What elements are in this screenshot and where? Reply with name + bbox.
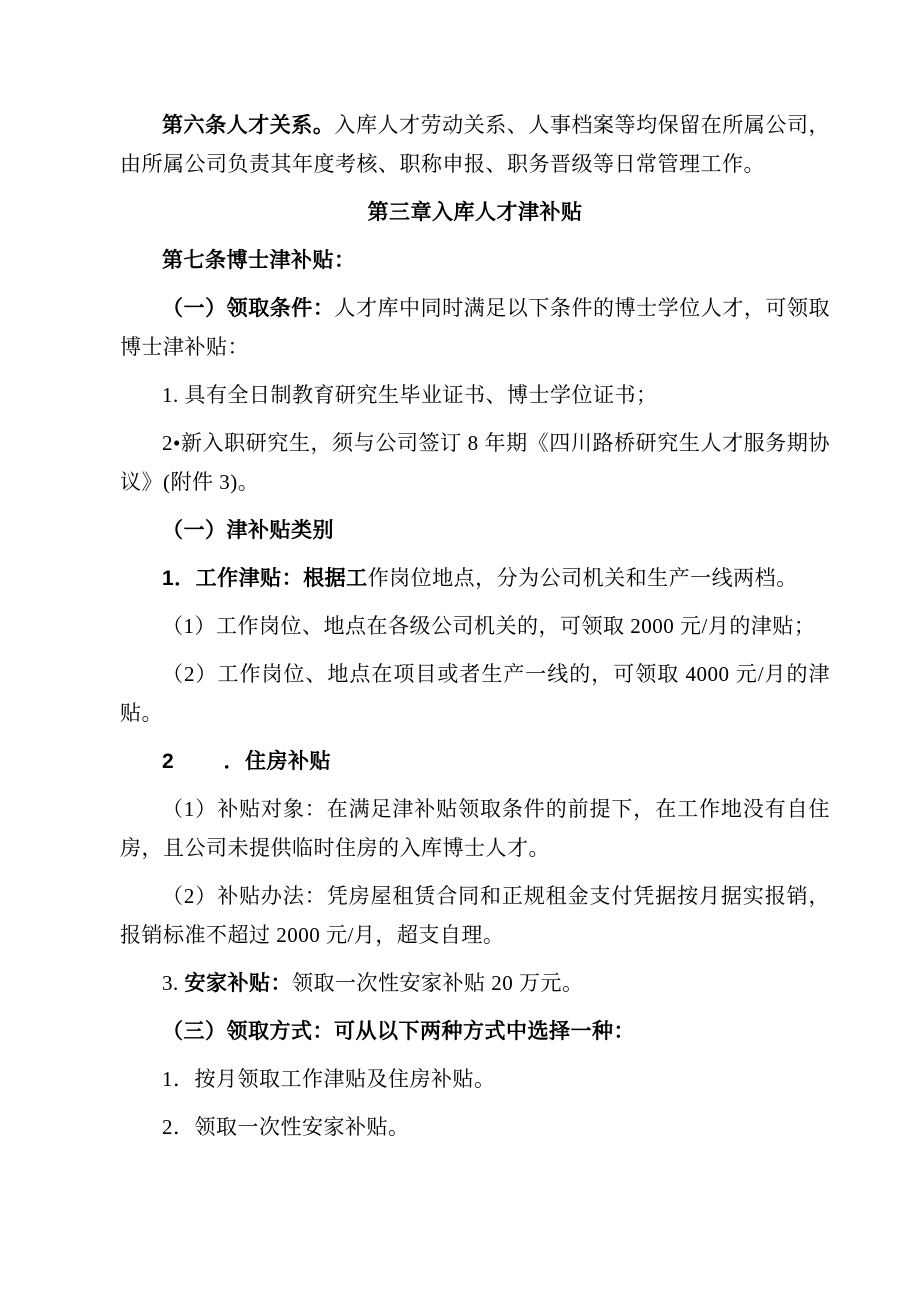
paragraph-body-text: （1）补贴对象：在满足津补贴领取条件的前提下，在工作地没有自住房，且公司未提供临… [120,797,830,860]
paragraph-body-text: （1）工作岗位、地点在各级公司机关的，可领取 2000 元/月的津贴； [162,614,815,638]
paragraph-pre-text: 3. [162,971,185,995]
paragraph-claim-method-2: 2．领取一次性安家补贴。 [120,1108,830,1147]
paragraph-claim-conditions: （一）领取条件：人才库中同时满足以下条件的博士学位人才，可领取博士津补贴： [120,289,830,367]
paragraph-work-subsidy: 1．工作津贴：根据工作岗位地点，分为公司机关和生产一线两档。 [120,559,830,598]
paragraph-housing-targets: （1）补贴对象：在满足津补贴领取条件的前提下，在工作地没有自住房，且公司未提供临… [120,790,830,868]
paragraph-body-text: 领取一次性安家补贴 20 万元。 [292,971,584,995]
paragraph-lead-text: 第七条博士津补贴： [162,249,356,272]
paragraph-article-6: 第六条人才关系。入库人才劳动关系、人事档案等均保留在所属公司，由所属公司负责其年… [120,106,830,184]
heading-article-7: 第七条博士津补贴： [120,241,830,280]
paragraph-condition-1: 1. 具有全日制教育研究生毕业证书、博士学位证书； [120,376,830,415]
paragraph-lead-text: （一）津补贴类别 [162,519,334,542]
paragraph-lead-text: 第六条人才关系。 [162,114,334,137]
paragraph-body-text: 1．按月领取工作津贴及住房补贴。 [162,1067,496,1091]
heading-chapter-3: 第三章入库人才津补贴 [120,193,830,232]
paragraph-work-subsidy-frontline: （2）工作岗位、地点在项目或者生产一线的，可领取 4000 元/月的津贴。 [120,655,830,733]
paragraph-body-text: 作岗位地点，分为公司机关和生产一线两档。 [368,566,798,590]
paragraph-lead-text: （一）领取条件： [162,297,334,320]
heading-subsidy-categories: （一）津补贴类别 [120,511,830,550]
document-page: 第六条人才关系。入库人才劳动关系、人事档案等均保留在所属公司，由所属公司负责其年… [0,0,920,1301]
paragraph-condition-2: 2•新入职研究生，须与公司签订 8 年期《四川路桥研究生人才服务期协议》(附件 … [120,424,830,502]
paragraph-lead-text: （三）领取方式：可从以下两种方式中选择一种： [162,1020,635,1043]
heading-claim-methods: （三）领取方式：可从以下两种方式中选择一种： [120,1012,830,1051]
paragraph-claim-method-1: 1．按月领取工作津贴及住房补贴。 [120,1060,830,1099]
paragraph-lead-text: 第三章入库人才津补贴 [368,201,583,224]
paragraph-work-subsidy-office: （1）工作岗位、地点在各级公司机关的，可领取 2000 元/月的津贴； [120,607,830,646]
paragraph-body-text: （2）工作岗位、地点在项目或者生产一线的，可领取 4000 元/月的津贴。 [120,662,830,725]
paragraph-body-text: 2．领取一次性安家补贴。 [162,1115,410,1139]
paragraph-settling-subsidy: 3. 安家补贴：领取一次性安家补贴 20 万元。 [120,964,830,1003]
paragraph-body-text: 2•新入职研究生，须与公司签订 8 年期《四川路桥研究生人才服务期协议》(附件 … [120,431,830,494]
paragraph-housing-method: （2）补贴办法：凭房屋租赁合同和正规租金支付凭据按月据实报销，报销标准不超过 2… [120,877,830,955]
paragraph-lead-text: 安家补贴： [185,972,293,995]
paragraph-lead-text: 2 ．住房补贴 [162,750,331,773]
paragraph-lead-text: 1．工作津贴：根据工 [162,567,368,590]
paragraph-body-text: 1. 具有全日制教育研究生毕业证书、博士学位证书； [162,383,658,407]
heading-housing-subsidy: 2 ．住房补贴 [120,742,830,781]
paragraph-body-text: （2）补贴办法：凭房屋租赁合同和正规租金支付凭据按月据实报销，报销标准不超过 2… [120,884,830,947]
